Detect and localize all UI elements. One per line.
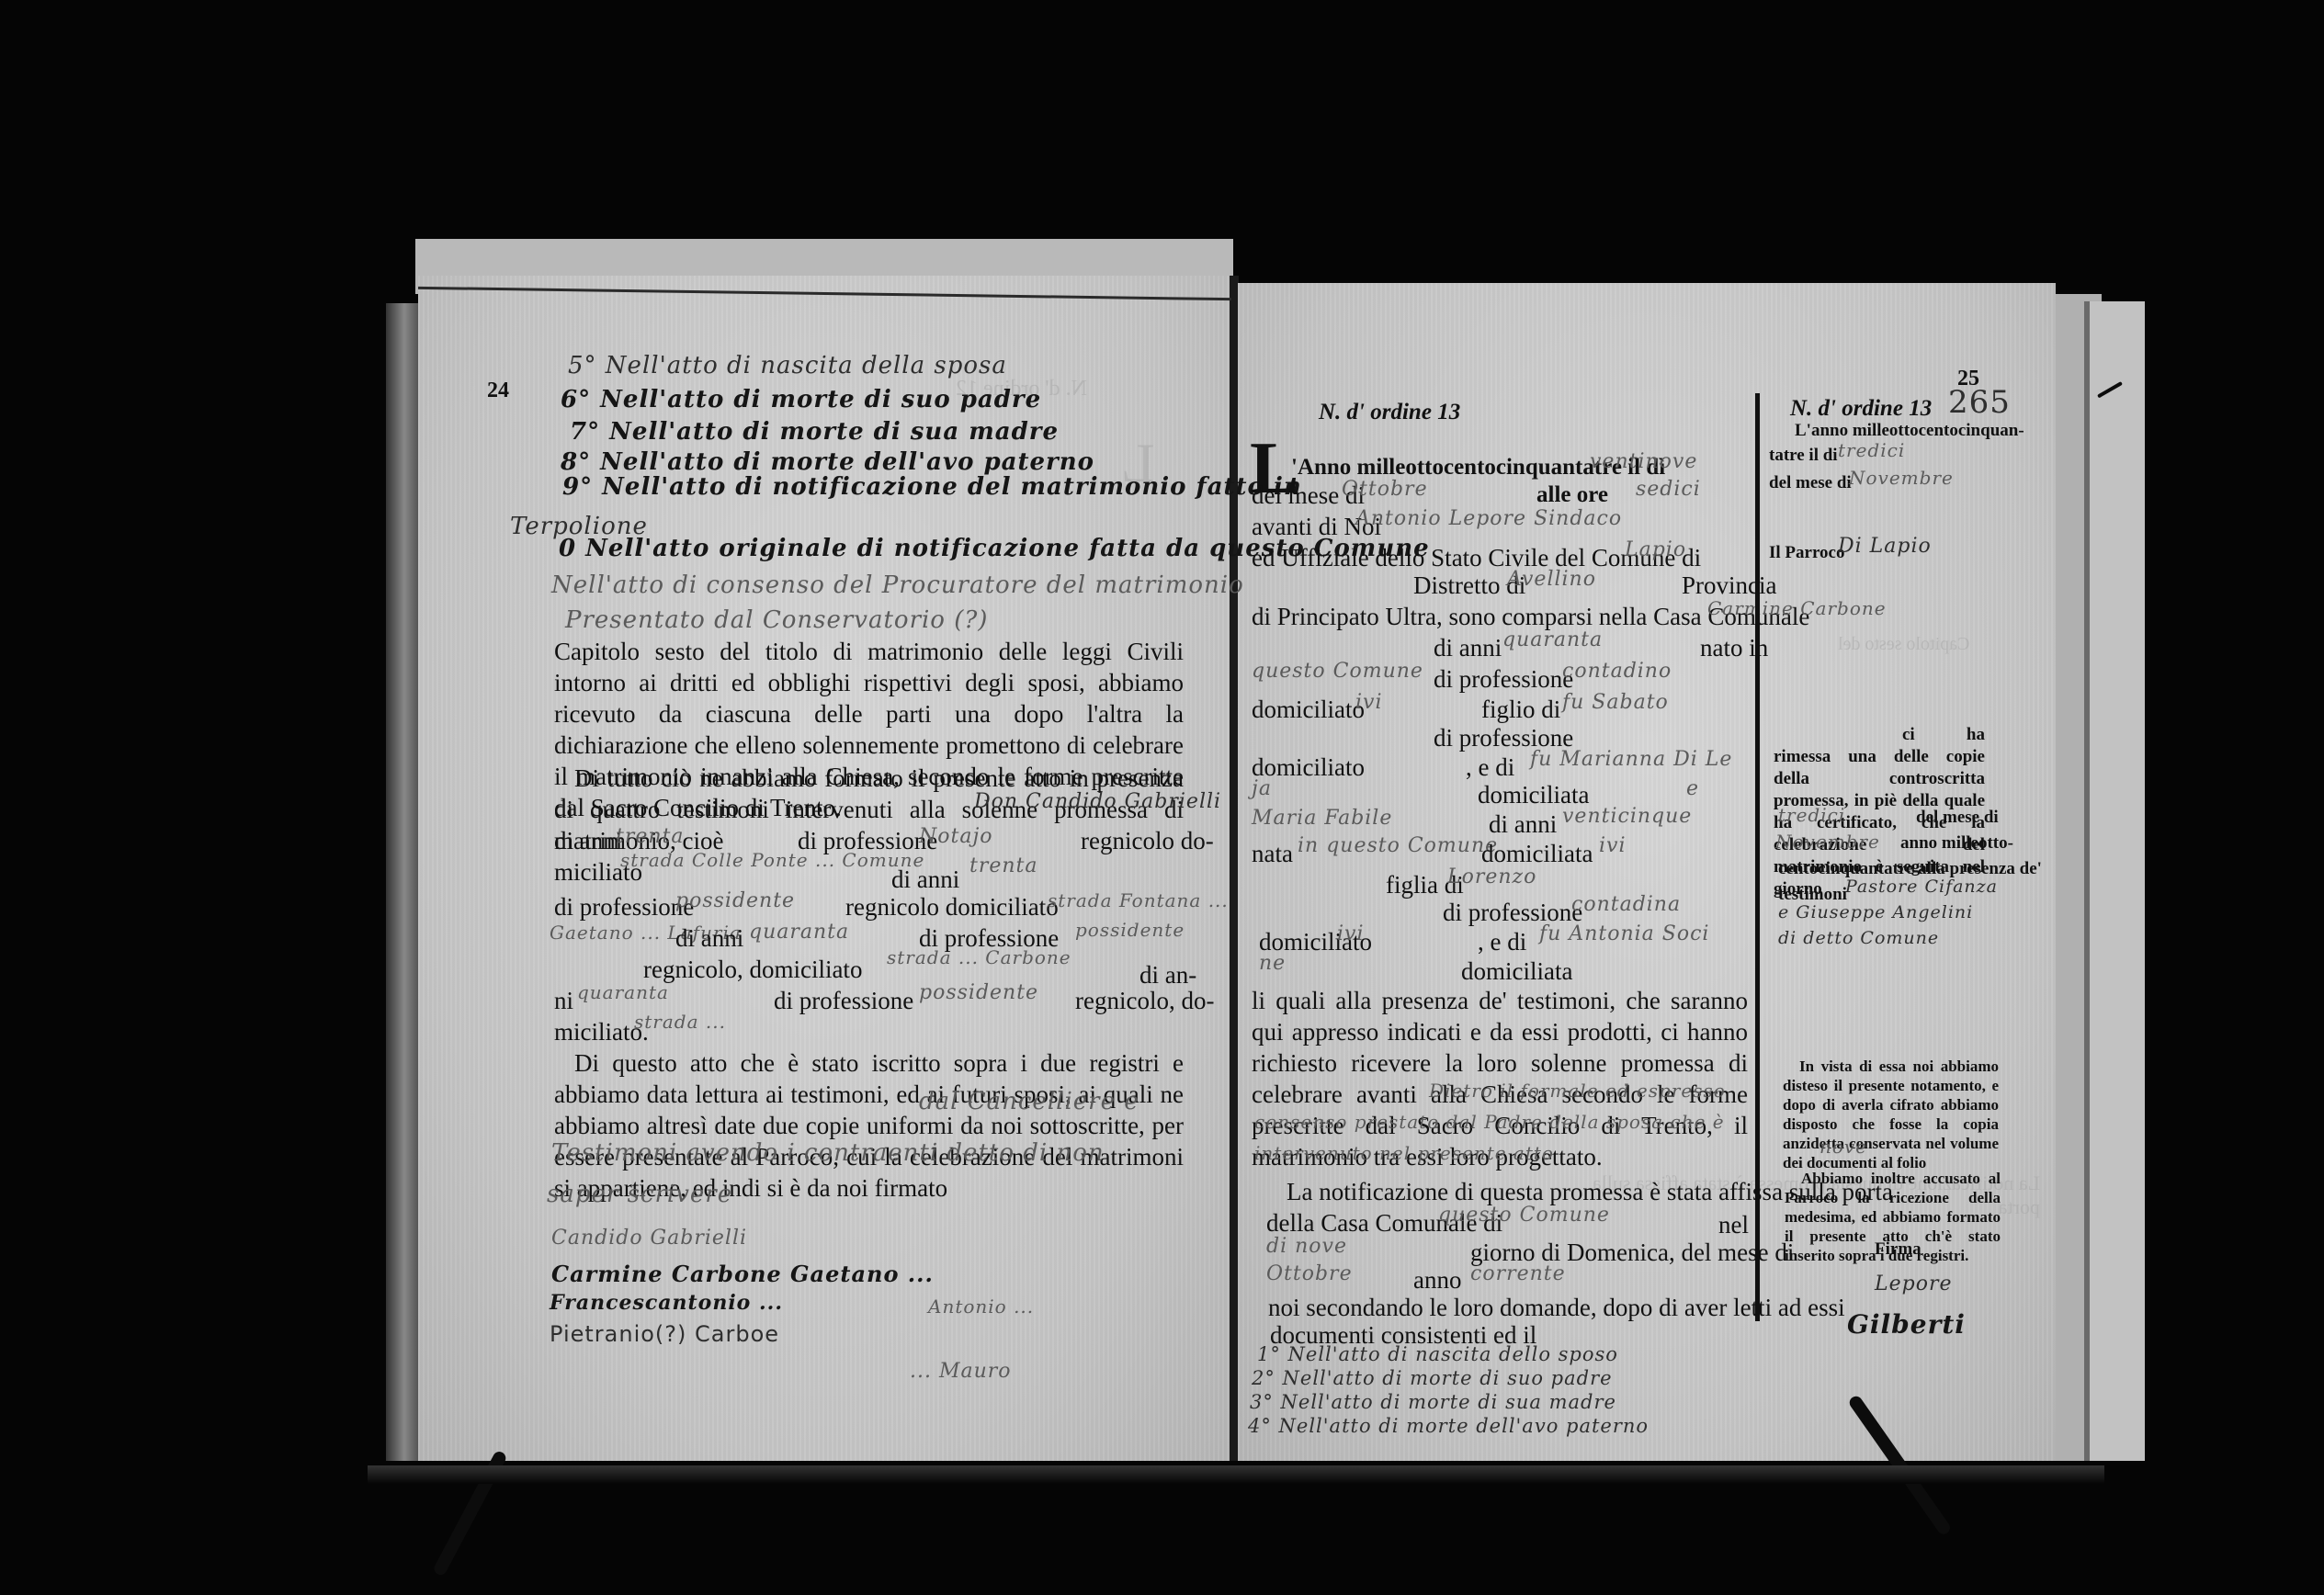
domiciliata-label: domiciliata	[1461, 956, 1572, 987]
groom-mother-handwritten: fu Marianna Di Le	[1530, 748, 1732, 771]
margin-vista-text: In vista di essa noi abbiamo disteso il …	[1783, 1057, 1999, 1172]
label-regnicolo-domiciliato: regnicolo, domiciliato	[643, 954, 862, 985]
figlio-label: figlio di	[1481, 694, 1560, 725]
witness-2-domicile: strada Fontana ...	[1048, 889, 1229, 911]
groom-domicile-handwritten: ivi	[1355, 691, 1383, 714]
label-di-professione: di professione	[554, 891, 694, 922]
order-label: N. d' ordine	[1319, 400, 1432, 424]
groom-father-handwritten: fu Sabato	[1562, 691, 1669, 714]
bride-father-handwritten: Lorenzo	[1447, 865, 1536, 888]
bride-age-label: di anni	[1489, 809, 1557, 840]
handwritten-closing: Testimoni avendo i contraenti detto di n…	[551, 1139, 1105, 1167]
groom-age-handwritten: quaranta	[1502, 628, 1603, 651]
domiciliato-label: domiciliato	[1252, 694, 1365, 725]
distretto-handwritten: Avellino	[1507, 568, 1596, 591]
order-number: 13	[1909, 396, 1932, 421]
witness-2-profession: possidente	[675, 889, 795, 912]
margin-anno-mille: anno milleotto-	[1900, 832, 2013, 854]
margin-witness-handwritten: Pastore Cifanza	[1845, 877, 1998, 897]
label-di-anni: di anni	[675, 922, 743, 954]
handwritten-line: 9° Nell'atto di notificazione del matrim…	[562, 473, 1302, 501]
month-handwritten: Ottobre	[1342, 478, 1428, 501]
signature: Francescantonio ...	[550, 1291, 783, 1315]
page-number: 24	[487, 375, 509, 406]
column-separator	[1755, 393, 1760, 1321]
groom-name-handwritten: Carmine Carbone	[1707, 597, 1887, 619]
notification-year-handwritten: corrente	[1470, 1262, 1566, 1285]
firma-signature: Lepore	[1875, 1273, 1953, 1295]
nata-label: nata	[1252, 838, 1293, 869]
margin-mese-label: del mese di	[1769, 472, 1852, 494]
margin-tatre-label: tatre il di	[1769, 445, 1838, 467]
bride-mother-cont: ne	[1259, 952, 1286, 975]
margin-month2-handwritten: Novembre	[1775, 831, 1880, 853]
order-number: 13	[1437, 400, 1460, 424]
witness-1-age: trenta	[616, 825, 685, 848]
e-di-label: , e di	[1466, 752, 1514, 783]
margin-witness-handwritten: di detto Comune	[1778, 928, 1939, 948]
groom-mother-cont: ja	[1252, 777, 1272, 800]
folio-handwritten: 265	[1948, 384, 2011, 421]
comune-handwritten: Lapio	[1625, 538, 1686, 561]
bride-domicile-handwritten: ivi	[1599, 834, 1627, 857]
witness-4-domicile: strada ...	[634, 1011, 726, 1033]
witness-4-profession: possidente	[919, 981, 1038, 1004]
witness-2-age: trenta	[969, 854, 1038, 877]
margin-giorno-handwritten: tredici	[1778, 804, 1845, 826]
bride-age-handwritten: venticinque	[1562, 805, 1692, 828]
bleed-through-text: Capitolo sesto del	[1838, 634, 1969, 655]
groom-profession-handwritten: contadino	[1562, 660, 1672, 683]
order-number-label: N. d' ordine 13	[1319, 397, 1460, 428]
handwritten-consent-note: Dietro il formale ed espresso consenso p…	[1254, 1075, 1751, 1169]
order-label: N. d' ordine	[1790, 396, 1903, 421]
notification-comune-handwritten: questo Comune	[1438, 1204, 1610, 1227]
parroco-handwritten: Di Lapio	[1838, 535, 1932, 558]
ore-label: alle ore	[1536, 480, 1608, 511]
margin-anno-text: L'anno milleottocentocinquan-	[1795, 420, 2024, 442]
margin-witness-handwritten: e Giuseppe Angelini	[1778, 902, 1973, 922]
e-di-label: , e di	[1478, 926, 1526, 957]
witness-4-age: quaranta	[577, 981, 669, 1003]
label-regnicolo-do: regnicolo, do-	[1075, 985, 1214, 1016]
firma-label: Firma	[1875, 1239, 1922, 1261]
margin-month-handwritten: Novembre	[1849, 467, 1954, 489]
label-di-anni: di anni	[891, 864, 959, 895]
bride-father-domicile: ivi	[1337, 922, 1365, 945]
witness-3-profession: possidente	[1075, 919, 1185, 941]
signature: Carmine Carbone Gaetano ...	[551, 1261, 934, 1287]
notification-month-handwritten: Ottobre	[1266, 1262, 1353, 1285]
bride-name-handwritten: Maria Fabile	[1252, 807, 1392, 830]
margin-del-mese-label: del mese di	[1916, 807, 1999, 829]
label-di-anni: di anni	[554, 825, 622, 856]
official-handwritten: Antonio Lepore Sindaco	[1355, 507, 1622, 530]
handwritten-line: 8° Nell'atto di morte dell'avo paterno	[561, 448, 1094, 476]
firma-signature: Gilberti	[1847, 1309, 1966, 1340]
ore-handwritten: sedici	[1636, 478, 1701, 501]
handwritten-closing: saper scrivere	[547, 1181, 732, 1208]
bride-mother-handwritten: fu Antonia Soci	[1539, 922, 1709, 945]
notification-day-handwritten: di nove	[1266, 1235, 1347, 1258]
conj-e: e	[1686, 777, 1699, 800]
margin-folio-handwritten: nove	[1820, 1136, 1867, 1158]
handwritten-line: 1° Nell'atto di nascita dello sposo	[1257, 1343, 1618, 1365]
handwritten-line: 5° Nell'atto di nascita della sposa	[568, 352, 1007, 379]
signature: Antonio ...	[928, 1295, 1034, 1318]
signature: Candido Gabrielli	[551, 1227, 747, 1250]
notification-line: anno	[1413, 1264, 1461, 1295]
signature: Pietranio(?) Carboe	[550, 1321, 779, 1347]
label-ni: ni	[554, 985, 573, 1016]
notification-line: nel	[1718, 1209, 1749, 1240]
signature: ... Mauro	[910, 1360, 1012, 1383]
bride-profession-handwritten: contadina	[1571, 893, 1681, 916]
witness-3-domicile: strada ... Carbone	[887, 946, 1071, 968]
handwritten-closing: dal Cancelliere e	[919, 1088, 1139, 1115]
witness-3-age: quaranta	[749, 921, 849, 944]
bride-birthplace-handwritten: in questo Comune	[1298, 834, 1498, 857]
label-di-professione: di professione	[774, 985, 913, 1016]
groom-birthplace-handwritten: questo Comune	[1252, 660, 1423, 683]
label-di-professione: di professione	[1434, 663, 1573, 695]
label-regnicolo-do: regnicolo do-	[1081, 825, 1214, 856]
handwritten-line: Presentato dal Conservatorio (?)	[565, 606, 988, 634]
handwritten-line: 2° Nell'atto di morte di suo padre	[1252, 1367, 1613, 1389]
domiciliata-label: domiciliata	[1481, 838, 1593, 869]
margin-day-handwritten: tredici	[1838, 439, 1905, 461]
parroco-label: Il Parroco	[1769, 542, 1845, 564]
witness-1-domicile: strada Colle Ponte ... Comune	[620, 849, 924, 871]
handwritten-line: 3° Nell'atto di morte di sua madre	[1250, 1391, 1616, 1413]
witness-1-profession: Notajo	[919, 825, 993, 848]
handwritten-line: 7° Nell'atto di morte di sua madre	[570, 418, 1059, 446]
handwritten-line: 4° Nell'atto di morte dell'avo paterno	[1248, 1415, 1649, 1437]
witness-1-name: Don Candido Gabrielli	[974, 790, 1221, 813]
day-handwritten: ventinove	[1590, 450, 1697, 473]
provincia-label: Provincia	[1682, 570, 1776, 601]
handwritten-line: 6° Nell'atto di morte di suo padre	[561, 386, 1041, 413]
label-regnicolo-domiciliato: regnicolo domiciliato	[845, 891, 1059, 922]
groom-age-label: di anni	[1434, 632, 1502, 663]
handwritten-line: Nell'atto di consenso del Procuratore de…	[551, 571, 1244, 599]
right-page-stack-edge-outer	[2084, 301, 2145, 1461]
bottom-shadow	[368, 1465, 2104, 1484]
